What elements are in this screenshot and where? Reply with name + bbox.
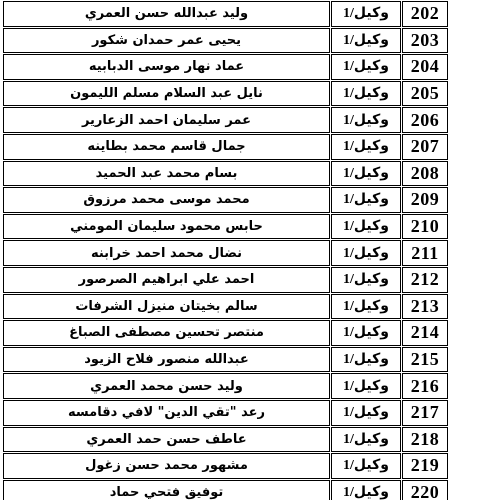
row-role-cell: وكيل/1 xyxy=(331,373,401,399)
row-role-cell: وكيل/1 xyxy=(331,1,401,27)
row-number-cell: 216 xyxy=(402,373,448,399)
row-role-cell: وكيل/1 xyxy=(331,107,401,133)
row-role-cell: وكيل/1 xyxy=(331,347,401,373)
table-row: 202وكيل/1وليد عبدالله حسن العمري xyxy=(3,1,448,27)
table-row: 215وكيل/1عبدالله منصور فلاح الزيود xyxy=(3,347,448,373)
table-row: 213وكيل/1سالم بخيتان منيزل الشرفات xyxy=(3,294,448,320)
row-role-cell: وكيل/1 xyxy=(331,214,401,240)
row-number-cell: 219 xyxy=(402,453,448,479)
row-number-cell: 205 xyxy=(402,81,448,107)
row-number-cell: 206 xyxy=(402,107,448,133)
row-name-cell: يحيى عمر حمدان شكور xyxy=(3,28,330,54)
table-row: 212وكيل/1احمد علي ابراهيم الصرصور xyxy=(3,267,448,293)
row-name-cell: جمال قاسم محمد بطاينه xyxy=(3,134,330,160)
row-name-cell: توفيق فتحي حماد xyxy=(3,480,330,500)
row-number-cell: 213 xyxy=(402,294,448,320)
row-number-cell: 215 xyxy=(402,347,448,373)
row-number-cell: 210 xyxy=(402,214,448,240)
table-row: 218وكيل/1عاطف حسن حمد العمري xyxy=(3,427,448,453)
row-role-cell: وكيل/1 xyxy=(331,427,401,453)
row-number-cell: 204 xyxy=(402,54,448,80)
row-role-cell: وكيل/1 xyxy=(331,161,401,187)
row-name-cell: بسام محمد عبد الحميد xyxy=(3,161,330,187)
table-row: 210وكيل/1حابس محمود سليمان المومني xyxy=(3,214,448,240)
row-role-cell: وكيل/1 xyxy=(331,54,401,80)
row-role-cell: وكيل/1 xyxy=(331,240,401,266)
table-row: 217وكيل/1رعد "تقي الدين" لافي دقامسه xyxy=(3,400,448,426)
row-role-cell: وكيل/1 xyxy=(331,28,401,54)
row-role-cell: وكيل/1 xyxy=(331,453,401,479)
row-name-cell: عماد نهار موسى الدبابيه xyxy=(3,54,330,80)
row-number-cell: 208 xyxy=(402,161,448,187)
row-role-cell: وكيل/1 xyxy=(331,320,401,346)
row-number-cell: 202 xyxy=(402,1,448,27)
row-name-cell: سالم بخيتان منيزل الشرفات xyxy=(3,294,330,320)
row-role-cell: وكيل/1 xyxy=(331,267,401,293)
row-role-cell: وكيل/1 xyxy=(331,400,401,426)
roster-table-body: 202وكيل/1وليد عبدالله حسن العمري203وكيل/… xyxy=(3,1,448,500)
row-number-cell: 218 xyxy=(402,427,448,453)
row-role-cell: وكيل/1 xyxy=(331,134,401,160)
row-role-cell: وكيل/1 xyxy=(331,480,401,500)
row-name-cell: احمد علي ابراهيم الصرصور xyxy=(3,267,330,293)
row-name-cell: حابس محمود سليمان المومني xyxy=(3,214,330,240)
row-name-cell: عبدالله منصور فلاح الزيود xyxy=(3,347,330,373)
row-number-cell: 214 xyxy=(402,320,448,346)
row-role-cell: وكيل/1 xyxy=(331,81,401,107)
row-number-cell: 211 xyxy=(402,240,448,266)
row-name-cell: وليد حسن محمد العمري xyxy=(3,373,330,399)
table-row: 211وكيل/1نضال محمد احمد خرابنه xyxy=(3,240,448,266)
row-name-cell: عاطف حسن حمد العمري xyxy=(3,427,330,453)
table-row: 216وكيل/1وليد حسن محمد العمري xyxy=(3,373,448,399)
row-name-cell: نضال محمد احمد خرابنه xyxy=(3,240,330,266)
document-page: 202وكيل/1وليد عبدالله حسن العمري203وكيل/… xyxy=(0,0,502,500)
row-number-cell: 217 xyxy=(402,400,448,426)
row-number-cell: 212 xyxy=(402,267,448,293)
row-role-cell: وكيل/1 xyxy=(331,294,401,320)
table-row: 209وكيل/1محمد موسى محمد مرزوق xyxy=(3,187,448,213)
row-number-cell: 220 xyxy=(402,480,448,500)
row-number-cell: 207 xyxy=(402,134,448,160)
table-row: 207وكيل/1جمال قاسم محمد بطاينه xyxy=(3,134,448,160)
table-row: 205وكيل/1نايل عبد السلام مسلم الليمون xyxy=(3,81,448,107)
table-row: 208وكيل/1بسام محمد عبد الحميد xyxy=(3,161,448,187)
row-name-cell: رعد "تقي الدين" لافي دقامسه xyxy=(3,400,330,426)
row-number-cell: 209 xyxy=(402,187,448,213)
row-name-cell: محمد موسى محمد مرزوق xyxy=(3,187,330,213)
row-name-cell: نايل عبد السلام مسلم الليمون xyxy=(3,81,330,107)
roster-table: 202وكيل/1وليد عبدالله حسن العمري203وكيل/… xyxy=(2,0,449,500)
table-row: 206وكيل/1عمر سليمان احمد الزعارير xyxy=(3,107,448,133)
row-role-cell: وكيل/1 xyxy=(331,187,401,213)
row-name-cell: منتصر تحسين مصطفى الصباغ xyxy=(3,320,330,346)
table-row: 204وكيل/1عماد نهار موسى الدبابيه xyxy=(3,54,448,80)
table-row: 219وكيل/1مشهور محمد حسن زغول xyxy=(3,453,448,479)
table-row: 214وكيل/1منتصر تحسين مصطفى الصباغ xyxy=(3,320,448,346)
table-row: 203وكيل/1يحيى عمر حمدان شكور xyxy=(3,28,448,54)
row-name-cell: وليد عبدالله حسن العمري xyxy=(3,1,330,27)
row-name-cell: عمر سليمان احمد الزعارير xyxy=(3,107,330,133)
table-row: 220وكيل/1توفيق فتحي حماد xyxy=(3,480,448,500)
row-number-cell: 203 xyxy=(402,28,448,54)
row-name-cell: مشهور محمد حسن زغول xyxy=(3,453,330,479)
